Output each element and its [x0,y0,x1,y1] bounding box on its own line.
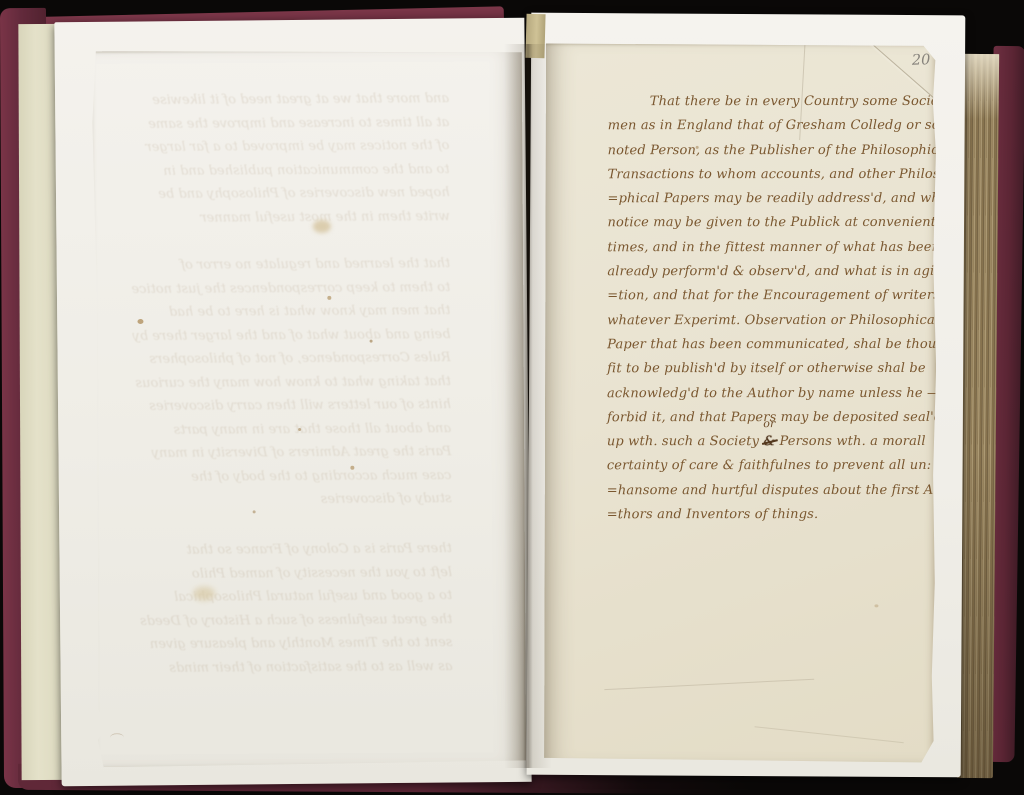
manuscript-line: times, and in the fittest manner of what… [607,236,929,261]
showthrough-line: the great usefulness of such a History o… [107,608,452,634]
left-page: and more that we at great need of it lik… [90,49,526,768]
manuscript-line: Transactions to whom accounts, and other… [608,163,930,188]
struck-word: & [763,434,775,449]
showthrough-line: study of discoveries [106,487,451,513]
manuscript-line: =hansome and hurtful disputes about the … [607,479,929,504]
showthrough-line: that taking what to know how many the cu… [106,370,451,396]
line-segment: up wth. such a Society [607,434,764,449]
showthrough-line: hints of our letters will then carry dis… [106,393,451,419]
wrinkle-crease [604,679,814,690]
showthrough-line: case much according to the body of the [106,464,451,490]
stray-mark [110,733,124,742]
manuscript-line: =phical Papers may be readily address'd,… [608,187,930,212]
showthrough-paragraph: that the learned and regulate no error o… [105,252,452,513]
manuscript-line: Paper that has been communicated, shal b… [607,333,929,358]
showthrough-paragraph: there Paris is a Colony of France so tha… [107,537,453,680]
showthrough-line: and about all those that are in many par… [106,417,451,443]
showthrough-line: to a good and useful natural Philosophic… [107,584,452,610]
gutter-guard-strip [525,14,545,58]
manuscript-line: men as in England that of Gresham Colled… [608,114,930,139]
manuscript-line: That there be in every Country some Soci… [608,90,930,115]
showthrough-line: being and about what of and the larger t… [105,323,450,349]
manuscript-line: fit to be publish'd by itself or otherwi… [607,357,929,382]
showthrough-line: left to you the necessity of named Philo [107,561,452,587]
showthrough-line: there Paris is a Colony of France so tha… [107,537,452,563]
showthrough-line: write them in the most useful manner [105,205,450,231]
manuscript-line: certainty of care & faithfulnes to preve… [607,454,929,479]
showthrough-line: sent to the Times Monthly and pleasure g… [107,631,452,657]
showthrough-line: to them to keep correspondences the just… [105,276,450,302]
showthrough-line: at all times to increase and improve the… [104,111,449,137]
showthrough-line: hoped new discoveries of Philosophy and … [105,181,450,207]
showthrough-line: Rules Correspondence, of not of philosop… [106,346,451,372]
manuscript-line: =tion, and that for the Encouragement of… [607,284,929,309]
showthrough-line: to and the communication published and i… [104,158,449,184]
inserted-word: or [763,418,775,430]
inline-correction: or& [763,430,775,454]
showthrough-line: as well as to the satisfaction of their … [108,655,453,681]
manuscript-text-block: That there be in every Country some Soci… [607,90,930,528]
manuscript-line: acknowledg'd to the Author by name unles… [607,381,929,406]
wrinkle-crease [755,726,904,743]
showthrough-line: of the notices may be improved to a far … [104,134,449,160]
folio-number: 20 [912,52,931,69]
manuscript-line: notice may be given to the Publick at co… [607,211,929,236]
manuscript-line: whatever Experimt. Observation or Philos… [607,309,929,334]
showthrough-line: that the learned and regulate no error o… [105,252,450,278]
line-segment: Persons wth. a morall [775,434,925,449]
foxing-spot [874,604,878,607]
showthrough-line: Paris the great Admirers of Diversity in… [106,440,451,466]
manuscript-line: already perform'd & observ'd, and what i… [607,260,929,285]
manuscript-line: noted Person, as the Publisher of the Ph… [608,139,930,164]
showthrough-line: and more that we at great need of it lik… [104,87,449,113]
showthrough-line: that men may know what is here to be had [105,299,450,325]
manuscript-line: up wth. such a Society or& Persons wth. … [607,430,929,455]
right-page: 20 That there be in every Country some S… [544,43,937,762]
showthrough-paragraph: and more that we at great need of it lik… [104,87,450,230]
photograph-background: and more that we at great need of it lik… [0,0,1024,795]
manuscript-line: =thors and Inventors of things. [607,503,929,528]
